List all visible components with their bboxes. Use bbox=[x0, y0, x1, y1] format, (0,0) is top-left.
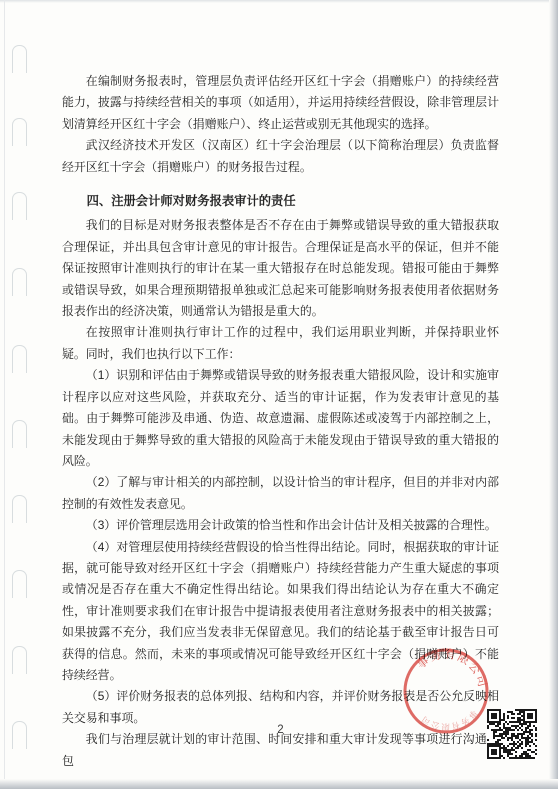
paragraph: 武汉经济技术开发区（汉南区）红十字会治理层（以下简称治理层）负责监督经开区红十字… bbox=[62, 135, 499, 178]
scan-edge-right bbox=[549, 0, 558, 789]
binding-ring bbox=[12, 646, 27, 674]
section-heading: 四、注册会计师对财务报表审计的责任 bbox=[62, 191, 499, 212]
scanned-document-page: 在编制财务报表时，管理层负责评估经开区红十字会（捐赠账户）的持续经营能力，披露与… bbox=[0, 0, 558, 789]
binding-ring bbox=[12, 45, 27, 73]
binding-ring bbox=[12, 420, 27, 448]
binding-ring bbox=[12, 495, 27, 523]
paragraph: （3）评价管理层选用会计政策的恰当性和作出会计估计及相关披露的合理性。 bbox=[62, 515, 499, 536]
binding-ring bbox=[12, 570, 27, 598]
scan-edge-top bbox=[0, 0, 558, 3]
paragraph: （1）识别和评估由于舞弊或错误导致的财务报表重大错报风险，设计和实施审计程序以应… bbox=[62, 365, 499, 472]
binding-ring bbox=[12, 192, 27, 220]
scan-edge-bottom bbox=[0, 779, 558, 789]
paragraph: （2）了解与审计相关的内部控制，以设计恰当的审计程序，但目的并非对内部控制的有效… bbox=[62, 472, 499, 515]
svg-text:事务有限公司: 事务有限公司 bbox=[411, 641, 496, 692]
binding-ring bbox=[12, 345, 27, 373]
scan-edge-left bbox=[4, 0, 5, 789]
seal-arc-text: 事务有限公司 bbox=[411, 641, 496, 692]
paragraph: 在编制财务报表时，管理层负责评估经开区红十字会（捐赠账户）的持续经营能力，披露与… bbox=[62, 71, 499, 135]
binding-ring bbox=[12, 721, 27, 749]
paragraph: 在按照审计准则执行审计工作的过程中，我们运用职业判断，并保持职业怀疑。同时，我们… bbox=[62, 322, 499, 365]
page-number: 2 bbox=[62, 724, 499, 736]
binding-ring bbox=[12, 118, 27, 146]
paragraph: 我们的目标是对财务报表整体是否不存在由于舞弊或错误导致的重大错报获取合理保证，并… bbox=[62, 215, 499, 322]
binding-ring bbox=[12, 268, 27, 296]
